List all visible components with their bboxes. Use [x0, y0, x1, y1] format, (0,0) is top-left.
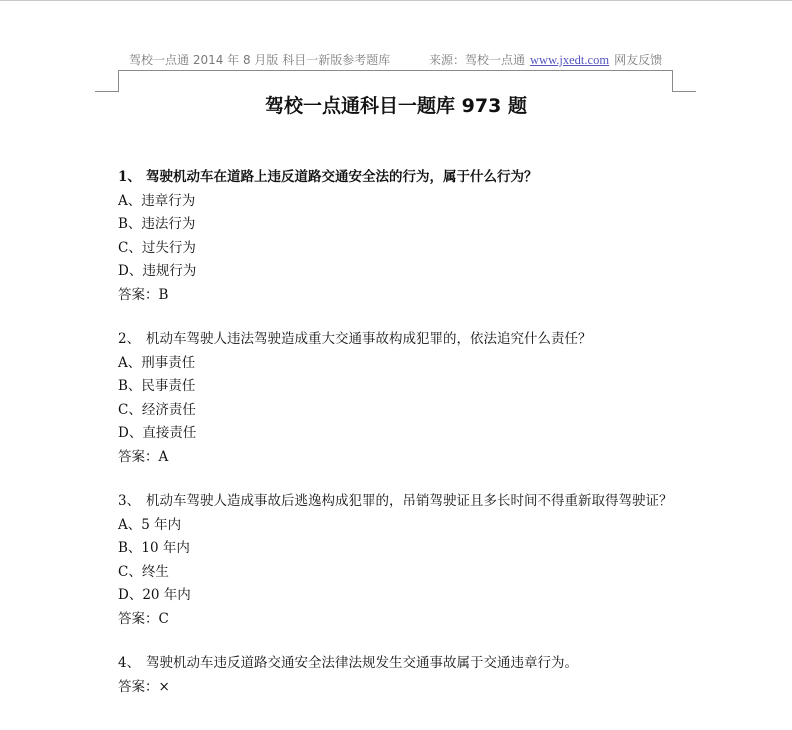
document-title: 驾校一点通科目一题库 973 题	[0, 94, 792, 118]
question-text: 机动车驾驶人违法驾驶造成重大交通事故构成犯罪的，依法追究什么责任？	[146, 331, 592, 347]
question-number: 3、	[118, 490, 146, 514]
answer: 答案：A	[118, 446, 678, 470]
option-b: B、民事责任	[118, 375, 678, 399]
header-source: 来源：驾校一点通www.jxedt.com网友反馈	[429, 52, 662, 68]
header-source-label: 来源：驾校一点通	[429, 53, 525, 67]
option-d: D、违规行为	[118, 260, 678, 284]
question-text: 驾驶机动车违反道路交通安全法律法规发生交通事故属于交通违章行为。	[146, 655, 578, 671]
option-c: C、终生	[118, 561, 678, 585]
option-d: D、20 年内	[118, 584, 678, 608]
header-rule	[118, 70, 673, 71]
option-b: B、10 年内	[118, 537, 678, 561]
question-1: 1、驾驶机动车在道路上违反道路交通安全法的行为，属于什么行为？	[118, 166, 678, 190]
question-4: 4、驾驶机动车违反道路交通安全法律法规发生交通事故属于交通违章行为。	[118, 652, 678, 676]
question-text: 机动车驾驶人造成事故后逃逸构成犯罪的，吊销驾驶证且多长时间不得重新取得驾驶证？	[146, 493, 673, 509]
option-a: A、刑事责任	[118, 352, 678, 376]
header-edition-text: 驾校一点通 2014 年 8 月版 科目一新版参考题库	[129, 52, 390, 68]
corner-mark-left-vertical	[118, 70, 119, 92]
question-3: 3、机动车驾驶人造成事故后逃逸构成犯罪的，吊销驾驶证且多长时间不得重新取得驾驶证…	[118, 490, 678, 514]
answer: 答案：C	[118, 608, 678, 632]
option-c: C、过失行为	[118, 237, 678, 261]
option-a: A、5 年内	[118, 514, 678, 538]
answer: 答案：B	[118, 284, 678, 308]
question-2: 2、机动车驾驶人违法驾驶造成重大交通事故构成犯罪的，依法追究什么责任？	[118, 328, 678, 352]
option-d: D、直接责任	[118, 422, 678, 446]
option-c: C、经济责任	[118, 399, 678, 423]
corner-mark-right-horizontal	[672, 91, 696, 92]
question-text: 驾驶机动车在道路上违反道路交通安全法的行为，属于什么行为？	[146, 169, 538, 185]
page-top-edge	[0, 0, 792, 1]
question-number: 4、	[118, 652, 146, 676]
corner-mark-right-vertical	[672, 70, 673, 92]
website-link[interactable]: www.jxedt.com	[530, 53, 609, 67]
question-number: 2、	[118, 328, 146, 352]
question-number: 1、	[118, 166, 146, 190]
answer: 答案：×	[118, 676, 678, 700]
corner-mark-left-horizontal	[95, 91, 119, 92]
feedback-text: 网友反馈	[614, 53, 662, 67]
option-b: B、违法行为	[118, 213, 678, 237]
option-a: A、违章行为	[118, 190, 678, 214]
question-list: 1、驾驶机动车在道路上违反道路交通安全法的行为，属于什么行为？ A、违章行为 B…	[118, 166, 678, 699]
